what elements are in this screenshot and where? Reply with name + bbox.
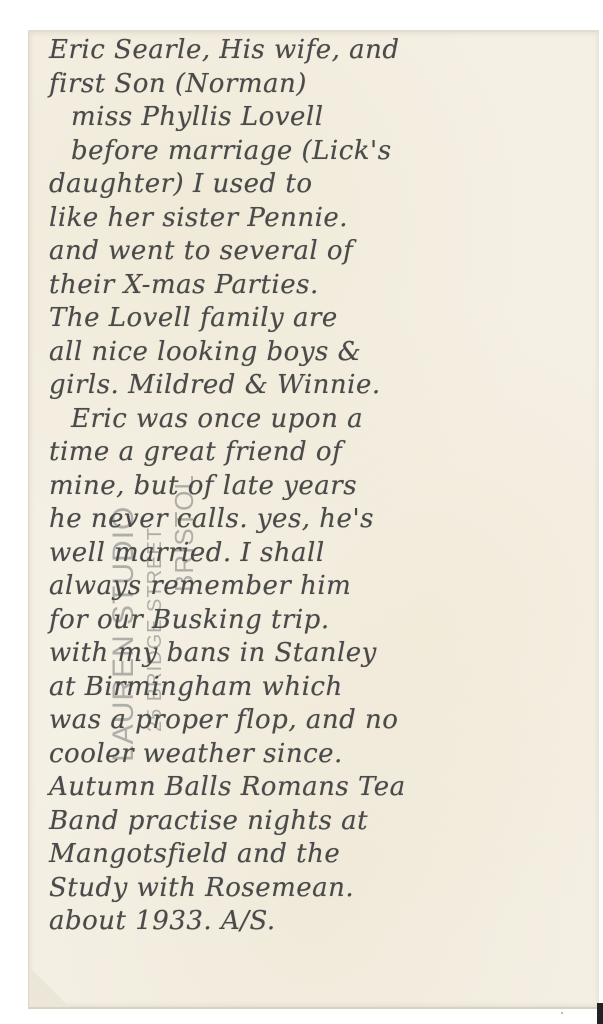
note-line: was a proper flop, and no bbox=[49, 704, 599, 738]
postcard: LAUREN STUDIO 25 BRIDGE STREET BRISTOL E… bbox=[28, 30, 599, 1009]
note-line: always remember him bbox=[49, 570, 599, 604]
note-line: The Lovell family are bbox=[49, 302, 599, 336]
note-line: cooler weather since. bbox=[49, 738, 599, 772]
note-line: daughter) I used to bbox=[49, 168, 599, 202]
handwritten-note: Eric Searle, His wife, and first Son (No… bbox=[49, 34, 599, 939]
note-line: at Birmingham which bbox=[49, 671, 599, 705]
note-line: mine, but of late years bbox=[49, 470, 599, 504]
folded-corner bbox=[29, 967, 69, 1007]
note-line: Eric was once upon a bbox=[49, 403, 599, 437]
note-line: with my bans in Stanley bbox=[49, 637, 599, 671]
note-line: girls. Mildred & Winnie. bbox=[49, 369, 599, 403]
dust-speck bbox=[561, 1012, 563, 1014]
note-line: Autumn Balls Romans Tea bbox=[49, 771, 599, 805]
note-line: before marriage (Lick's bbox=[49, 135, 599, 169]
note-line: Study with Rosemean. bbox=[49, 872, 599, 906]
note-line: all nice looking boys & bbox=[49, 336, 599, 370]
note-line: well married. I shall bbox=[49, 537, 599, 571]
note-line: time a great friend of bbox=[49, 436, 599, 470]
note-line: their X-mas Parties. bbox=[49, 269, 599, 303]
note-line: miss Phyllis Lovell bbox=[49, 101, 599, 135]
note-line: he never calls. yes, he's bbox=[49, 503, 599, 537]
note-line: Eric Searle, His wife, and bbox=[49, 34, 599, 68]
note-line: like her sister Pennie. bbox=[49, 202, 599, 236]
note-line: first Son (Norman) bbox=[49, 68, 599, 102]
note-line: Band practise nights at bbox=[49, 805, 599, 839]
note-line: and went to several of bbox=[49, 235, 599, 269]
note-line: for our Busking trip. bbox=[49, 604, 599, 638]
scanner-edge-mark bbox=[597, 1003, 603, 1024]
note-line: Mangotsfield and the bbox=[49, 838, 599, 872]
note-line: about 1933. A/S. bbox=[49, 905, 599, 939]
